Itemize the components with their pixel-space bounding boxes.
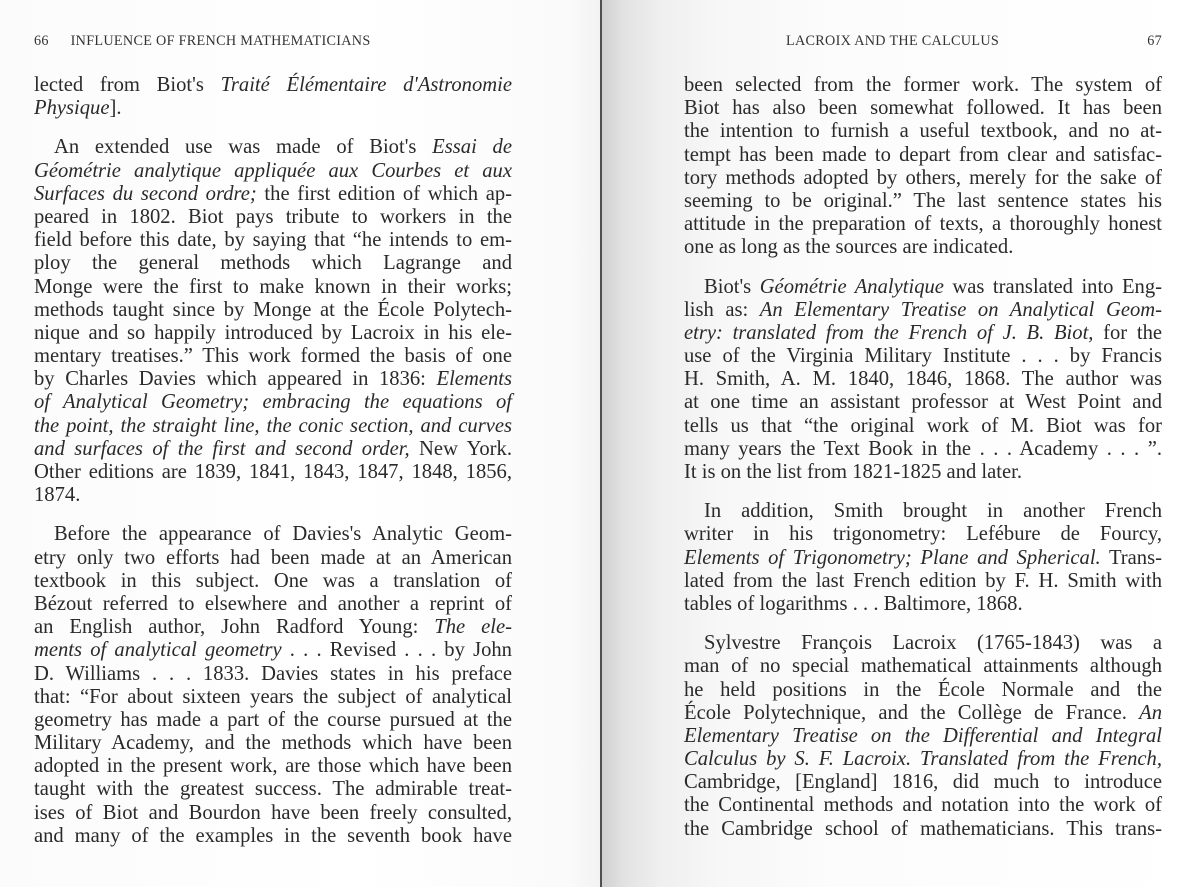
italic-title: Elements of Trigonometry; Plane and Sphe…: [684, 547, 1101, 569]
running-head-left: 66 INFLUENCE OF FRENCH MATHEMATICIANS: [34, 33, 504, 50]
text-line: D. Williams . . . 1833. Davies states in…: [34, 663, 512, 686]
body-text-right: been selected from the former work. The …: [684, 74, 1162, 841]
text-line: mentary treatises.” This work formed the…: [34, 345, 512, 368]
text-line: that: “For about sixteen years the subje…: [34, 686, 512, 709]
italic-title: etry: translated from the French of J. B…: [684, 322, 1093, 344]
text-run: tempt has been made to depart from clear…: [684, 144, 1162, 166]
paragraph-gap: [684, 484, 1162, 500]
text-line: Physique].: [34, 97, 512, 120]
text-run: methods taught since by Monge at the Éco…: [34, 299, 512, 321]
text-line: and many of the examples in the seventh …: [34, 825, 512, 848]
text-run: for the: [1093, 322, 1162, 344]
text-run: . . . Revised . . . by John: [282, 639, 512, 661]
running-head-title: LACROIX AND THE CALCULUS: [786, 33, 999, 50]
text-line: lated from the last French edition by F.…: [684, 570, 1162, 593]
text-run: mentary treatises.” This work formed the…: [34, 345, 512, 367]
text-run: Before the appearance of Davies's Analyt…: [54, 523, 512, 545]
text-run: Trans-: [1101, 547, 1162, 569]
paragraph-gap: [34, 507, 512, 523]
paragraph: Before the appearance of Davies's Analyt…: [34, 523, 512, 848]
text-run: nique and so happily introduced by Lacro…: [34, 322, 512, 344]
text-run: Sylvestre François Lacroix (1765-1843) w…: [704, 632, 1162, 654]
text-run: tory methods adopted by others, merely f…: [684, 167, 1162, 189]
text-line: the Cambridge school of mathematicians. …: [684, 818, 1162, 841]
text-line: etry: translated from the French of J. B…: [684, 322, 1162, 345]
right-page: LACROIX AND THE CALCULUS 67 been selecte…: [600, 0, 1200, 887]
paragraph: Biot's Géométrie Analytique was translat…: [684, 276, 1162, 485]
text-line: tempt has been made to depart from clear…: [684, 144, 1162, 167]
text-run: man of no special mathematical attainmen…: [684, 655, 1162, 677]
text-run: textbook in this subject. One was a tran…: [34, 570, 512, 592]
text-run: lated from the last French edition by F.…: [684, 570, 1162, 592]
text-line: by Charles Davies which appeared in 1836…: [34, 368, 512, 391]
text-line: Before the appearance of Davies's Analyt…: [34, 523, 512, 546]
text-run: 1874.: [34, 484, 80, 506]
paragraph-gap: [34, 120, 512, 136]
text-line: many years the Text Book in the . . . Ac…: [684, 438, 1162, 461]
text-line: nique and so happily introduced by Lacro…: [34, 322, 512, 345]
text-run: etry only two efforts had been made at a…: [34, 547, 512, 569]
book-gutter: [600, 0, 602, 887]
italic-title: An: [1139, 702, 1162, 724]
text-line: lected from Biot's Traité Élémentaire d'…: [34, 74, 512, 97]
text-run: was translated into Eng-: [944, 276, 1162, 298]
text-line: at one time an assistant professor at We…: [684, 391, 1162, 414]
text-run: been selected from the former work. The …: [684, 74, 1162, 96]
text-line: an English author, John Radford Young: T…: [34, 616, 512, 639]
text-run: Other editions are 1839, 1841, 1843, 184…: [34, 461, 512, 483]
text-line: Calculus by S. F. Lacroix. Translated fr…: [684, 748, 1162, 771]
text-line: the Continental methods and notation int…: [684, 794, 1162, 817]
text-run: taught with the greatest success. The ad…: [34, 778, 512, 800]
text-run: Biot's: [704, 276, 760, 298]
italic-title: Traité Élémentaire d'Astronomie: [221, 74, 512, 96]
text-run: lected from Biot's: [34, 74, 221, 96]
text-run: It is on the list from 1821-1825 and lat…: [684, 461, 1022, 483]
page-number: 66: [34, 33, 49, 49]
text-line: Cambridge, [England] 1816, did much to i…: [684, 771, 1162, 794]
left-page: 66 INFLUENCE OF FRENCH MATHEMATICIANS le…: [0, 0, 600, 887]
text-line: Surfaces du second ordre; the first edit…: [34, 183, 512, 206]
body-text-left: lected from Biot's Traité Élémentaire d'…: [34, 74, 512, 848]
italic-title: ments of analytical geometry: [34, 639, 282, 661]
text-run: ises of Biot and Bourdon have been freel…: [34, 802, 512, 824]
text-line: Military Academy, and the methods which …: [34, 732, 512, 755]
text-run: and many of the examples in the seventh …: [34, 825, 512, 847]
text-line: peared in 1802. Biot pays tribute to wor…: [34, 206, 512, 229]
text-run: that: “For about sixteen years the subje…: [34, 686, 512, 708]
text-line: tory methods adopted by others, merely f…: [684, 167, 1162, 190]
italic-title: Essai de: [432, 136, 512, 158]
text-line: and surfaces of the first and second ord…: [34, 438, 512, 461]
text-run: ploy the general methods which Lagrange …: [34, 252, 512, 274]
text-line: Sylvestre François Lacroix (1765-1843) w…: [684, 632, 1162, 655]
text-line: École Polytechnique, and the Collège de …: [684, 702, 1162, 725]
text-line: textbook in this subject. One was a tran…: [34, 570, 512, 593]
text-run: École Polytechnique, and the Collège de …: [684, 702, 1139, 724]
text-run: Monge were the first to make known in th…: [34, 276, 512, 298]
text-line: An extended use was made of Biot's Essai…: [34, 136, 512, 159]
text-line: field before this date, by saying that “…: [34, 229, 512, 252]
running-head-title: INFLUENCE OF FRENCH MATHEMATICIANS: [71, 33, 371, 49]
text-line: of Analytical Geometry; embracing the eq…: [34, 391, 512, 414]
paragraph: been selected from the former work. The …: [684, 74, 1162, 260]
text-line: the intention to furnish a useful textbo…: [684, 120, 1162, 143]
text-line: Other editions are 1839, 1841, 1843, 184…: [34, 461, 512, 484]
text-run: the intention to furnish a useful textbo…: [684, 120, 1162, 142]
paragraph-gap: [684, 616, 1162, 632]
text-line: methods taught since by Monge at the Éco…: [34, 299, 512, 322]
paragraph-gap: [684, 260, 1162, 276]
text-line: Biot's Géométrie Analytique was translat…: [684, 276, 1162, 299]
text-line: adopted in the present work, are those w…: [34, 755, 512, 778]
italic-title: Physique: [34, 97, 110, 119]
text-run: at one time an assistant professor at We…: [684, 391, 1162, 413]
text-line: he held positions in the École Normale a…: [684, 679, 1162, 702]
text-run: adopted in the present work, are those w…: [34, 755, 512, 777]
text-line: the point, the straight line, the conic …: [34, 415, 512, 438]
text-run: In addition, Smith brought in another Fr…: [704, 500, 1162, 522]
text-line: use of the Virginia Military Institute .…: [684, 345, 1162, 368]
italic-title: Surfaces du second ordre;: [34, 183, 257, 205]
text-run: Biot has also been somewhat followed. It…: [684, 97, 1162, 119]
text-run: the Cambridge school of mathematicians. …: [684, 818, 1162, 840]
text-run: H. Smith, A. M. 1840, 1846, 1868. The au…: [684, 368, 1162, 390]
italic-title: Elements: [437, 368, 513, 390]
text-line: taught with the greatest success. The ad…: [34, 778, 512, 801]
text-line: attitude in the preparation of texts, a …: [684, 213, 1162, 236]
text-line: one as long as the sources are indicated…: [684, 236, 1162, 259]
text-run: Military Academy, and the methods which …: [34, 732, 512, 754]
text-run: tables of logarithms . . . Baltimore, 18…: [684, 593, 1023, 615]
text-run: the first edition of which ap-: [257, 183, 512, 205]
text-run: lish as:: [684, 299, 760, 321]
paragraph: An extended use was made of Biot's Essai…: [34, 136, 512, 507]
text-line: tables of logarithms . . . Baltimore, 18…: [684, 593, 1162, 616]
italic-title: Elementary Treatise on the Differential …: [684, 725, 1162, 747]
text-run: Bézout referred to elsewhere and another…: [34, 593, 512, 615]
text-line: man of no special mathematical attainmen…: [684, 655, 1162, 678]
paragraph: lected from Biot's Traité Élémentaire d'…: [34, 74, 512, 120]
italic-title: Calculus by S. F. Lacroix. Translated fr…: [684, 748, 1162, 770]
text-run: attitude in the preparation of texts, a …: [684, 213, 1162, 235]
text-run: geometry has made a part of the course p…: [34, 709, 512, 731]
italic-title: An Elementary Treatise on Analytical Geo…: [760, 299, 1162, 321]
text-line: geometry has made a part of the course p…: [34, 709, 512, 732]
running-head-right: LACROIX AND THE CALCULUS 67: [684, 33, 1162, 50]
text-run: tells us that “the original work of M. B…: [684, 415, 1162, 437]
italic-title: the point, the straight line, the conic …: [34, 415, 512, 437]
text-line: ises of Biot and Bourdon have been freel…: [34, 802, 512, 825]
text-line: Biot has also been somewhat followed. It…: [684, 97, 1162, 120]
text-run: one as long as the sources are indicated…: [684, 236, 1013, 258]
text-run: seeming to be original.” The last senten…: [684, 190, 1162, 212]
text-run: he held positions in the École Normale a…: [684, 679, 1162, 701]
text-line: 1874.: [34, 484, 512, 507]
book-spread: 66 INFLUENCE OF FRENCH MATHEMATICIANS le…: [0, 0, 1200, 887]
text-run: by Charles Davies which appeared in 1836…: [34, 368, 437, 390]
text-run: New York.: [410, 438, 512, 460]
italic-title: of Analytical Geometry; embracing the eq…: [34, 391, 512, 413]
text-line: been selected from the former work. The …: [684, 74, 1162, 97]
text-line: H. Smith, A. M. 1840, 1846, 1868. The au…: [684, 368, 1162, 391]
text-line: etry only two efforts had been made at a…: [34, 547, 512, 570]
italic-title: The ele-: [434, 616, 512, 638]
text-line: Elementary Treatise on the Differential …: [684, 725, 1162, 748]
text-run: the Continental methods and notation int…: [684, 794, 1162, 816]
text-run: field before this date, by saying that “…: [34, 229, 512, 251]
text-run: ].: [110, 97, 122, 119]
text-run: Cambridge, [England] 1816, did much to i…: [684, 771, 1162, 793]
text-run: writer in his trigonometry: Lefébure de …: [684, 523, 1162, 545]
text-line: Monge were the first to make known in th…: [34, 276, 512, 299]
paragraph: Sylvestre François Lacroix (1765-1843) w…: [684, 632, 1162, 841]
text-line: ploy the general methods which Lagrange …: [34, 252, 512, 275]
text-line: It is on the list from 1821-1825 and lat…: [684, 461, 1162, 484]
italic-title: Géométrie Analytique: [760, 276, 944, 298]
paragraph: In addition, Smith brought in another Fr…: [684, 500, 1162, 616]
italic-title: Géométrie analytique appliquée aux Courb…: [34, 160, 512, 182]
text-line: tells us that “the original work of M. B…: [684, 415, 1162, 438]
text-line: Bézout referred to elsewhere and another…: [34, 593, 512, 616]
text-run: peared in 1802. Biot pays tribute to wor…: [34, 206, 512, 228]
page-number: 67: [1147, 33, 1162, 50]
text-line: ments of analytical geometry . . . Revis…: [34, 639, 512, 662]
text-run: D. Williams . . . 1833. Davies states in…: [34, 663, 512, 685]
text-run: an English author, John Radford Young:: [34, 616, 434, 638]
text-line: seeming to be original.” The last senten…: [684, 190, 1162, 213]
text-line: writer in his trigonometry: Lefébure de …: [684, 523, 1162, 546]
text-line: Elements of Trigonometry; Plane and Sphe…: [684, 547, 1162, 570]
text-line: In addition, Smith brought in another Fr…: [684, 500, 1162, 523]
italic-title: and surfaces of the first and second ord…: [34, 438, 410, 460]
text-line: lish as: An Elementary Treatise on Analy…: [684, 299, 1162, 322]
text-run: use of the Virginia Military Institute .…: [684, 345, 1162, 367]
text-run: An extended use was made of Biot's: [54, 136, 432, 158]
text-line: Géométrie analytique appliquée aux Courb…: [34, 160, 512, 183]
text-run: many years the Text Book in the . . . Ac…: [684, 438, 1162, 460]
